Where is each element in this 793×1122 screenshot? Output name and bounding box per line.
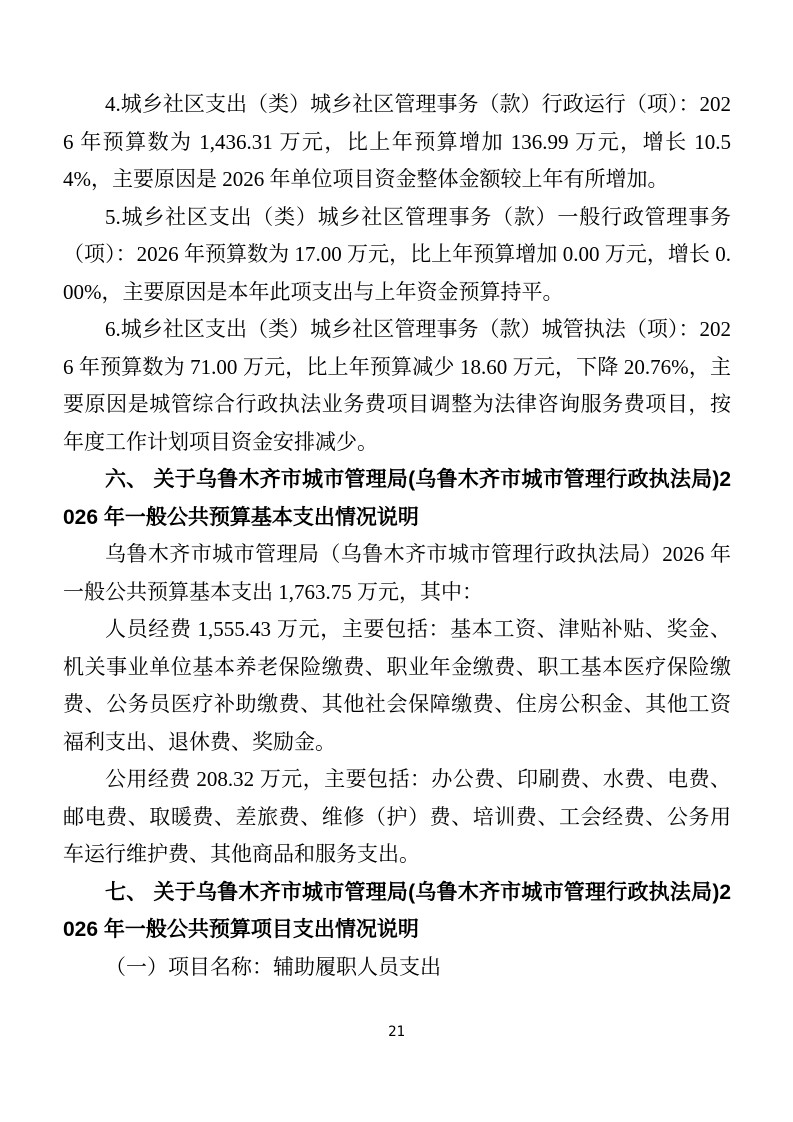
- paragraph-project-name: （一）项目名称：辅助履职人员支出: [63, 949, 731, 987]
- paragraph-item-5: 5.城乡社区支出（类）城乡社区管理事务（款）一般行政管理事务（项）：2026 年…: [63, 199, 731, 312]
- paragraph-item-6: 6.城乡社区支出（类）城乡社区管理事务（款）城管执法（项）：2026 年预算数为…: [63, 311, 731, 461]
- paragraph-basic-expenditure-total: 乌鲁木齐市城市管理局（乌鲁木齐市城市管理行政执法局）2026 年一般公共预算基本…: [63, 536, 731, 611]
- document-page: 4.城乡社区支出（类）城乡社区管理事务（款）行政运行（项）：2026 年预算数为…: [0, 0, 793, 1122]
- page-number: 21: [0, 1024, 793, 1040]
- document-body: 4.城乡社区支出（类）城乡社区管理事务（款）行政运行（项）：2026 年预算数为…: [63, 86, 731, 986]
- section-heading-7: 七、 关于乌鲁木齐市城市管理局(乌鲁木齐市城市管理行政执法局)2026 年一般公…: [63, 874, 731, 949]
- section-heading-6: 六、 关于乌鲁木齐市城市管理局(乌鲁木齐市城市管理行政执法局)2026 年一般公…: [63, 461, 731, 536]
- paragraph-personnel-funds: 人员经费 1,555.43 万元，主要包括：基本工资、津贴补贴、奖金、机关事业单…: [63, 611, 731, 761]
- paragraph-item-4: 4.城乡社区支出（类）城乡社区管理事务（款）行政运行（项）：2026 年预算数为…: [63, 86, 731, 199]
- paragraph-public-funds: 公用经费 208.32 万元，主要包括：办公费、印刷费、水费、电费、邮电费、取暖…: [63, 761, 731, 874]
